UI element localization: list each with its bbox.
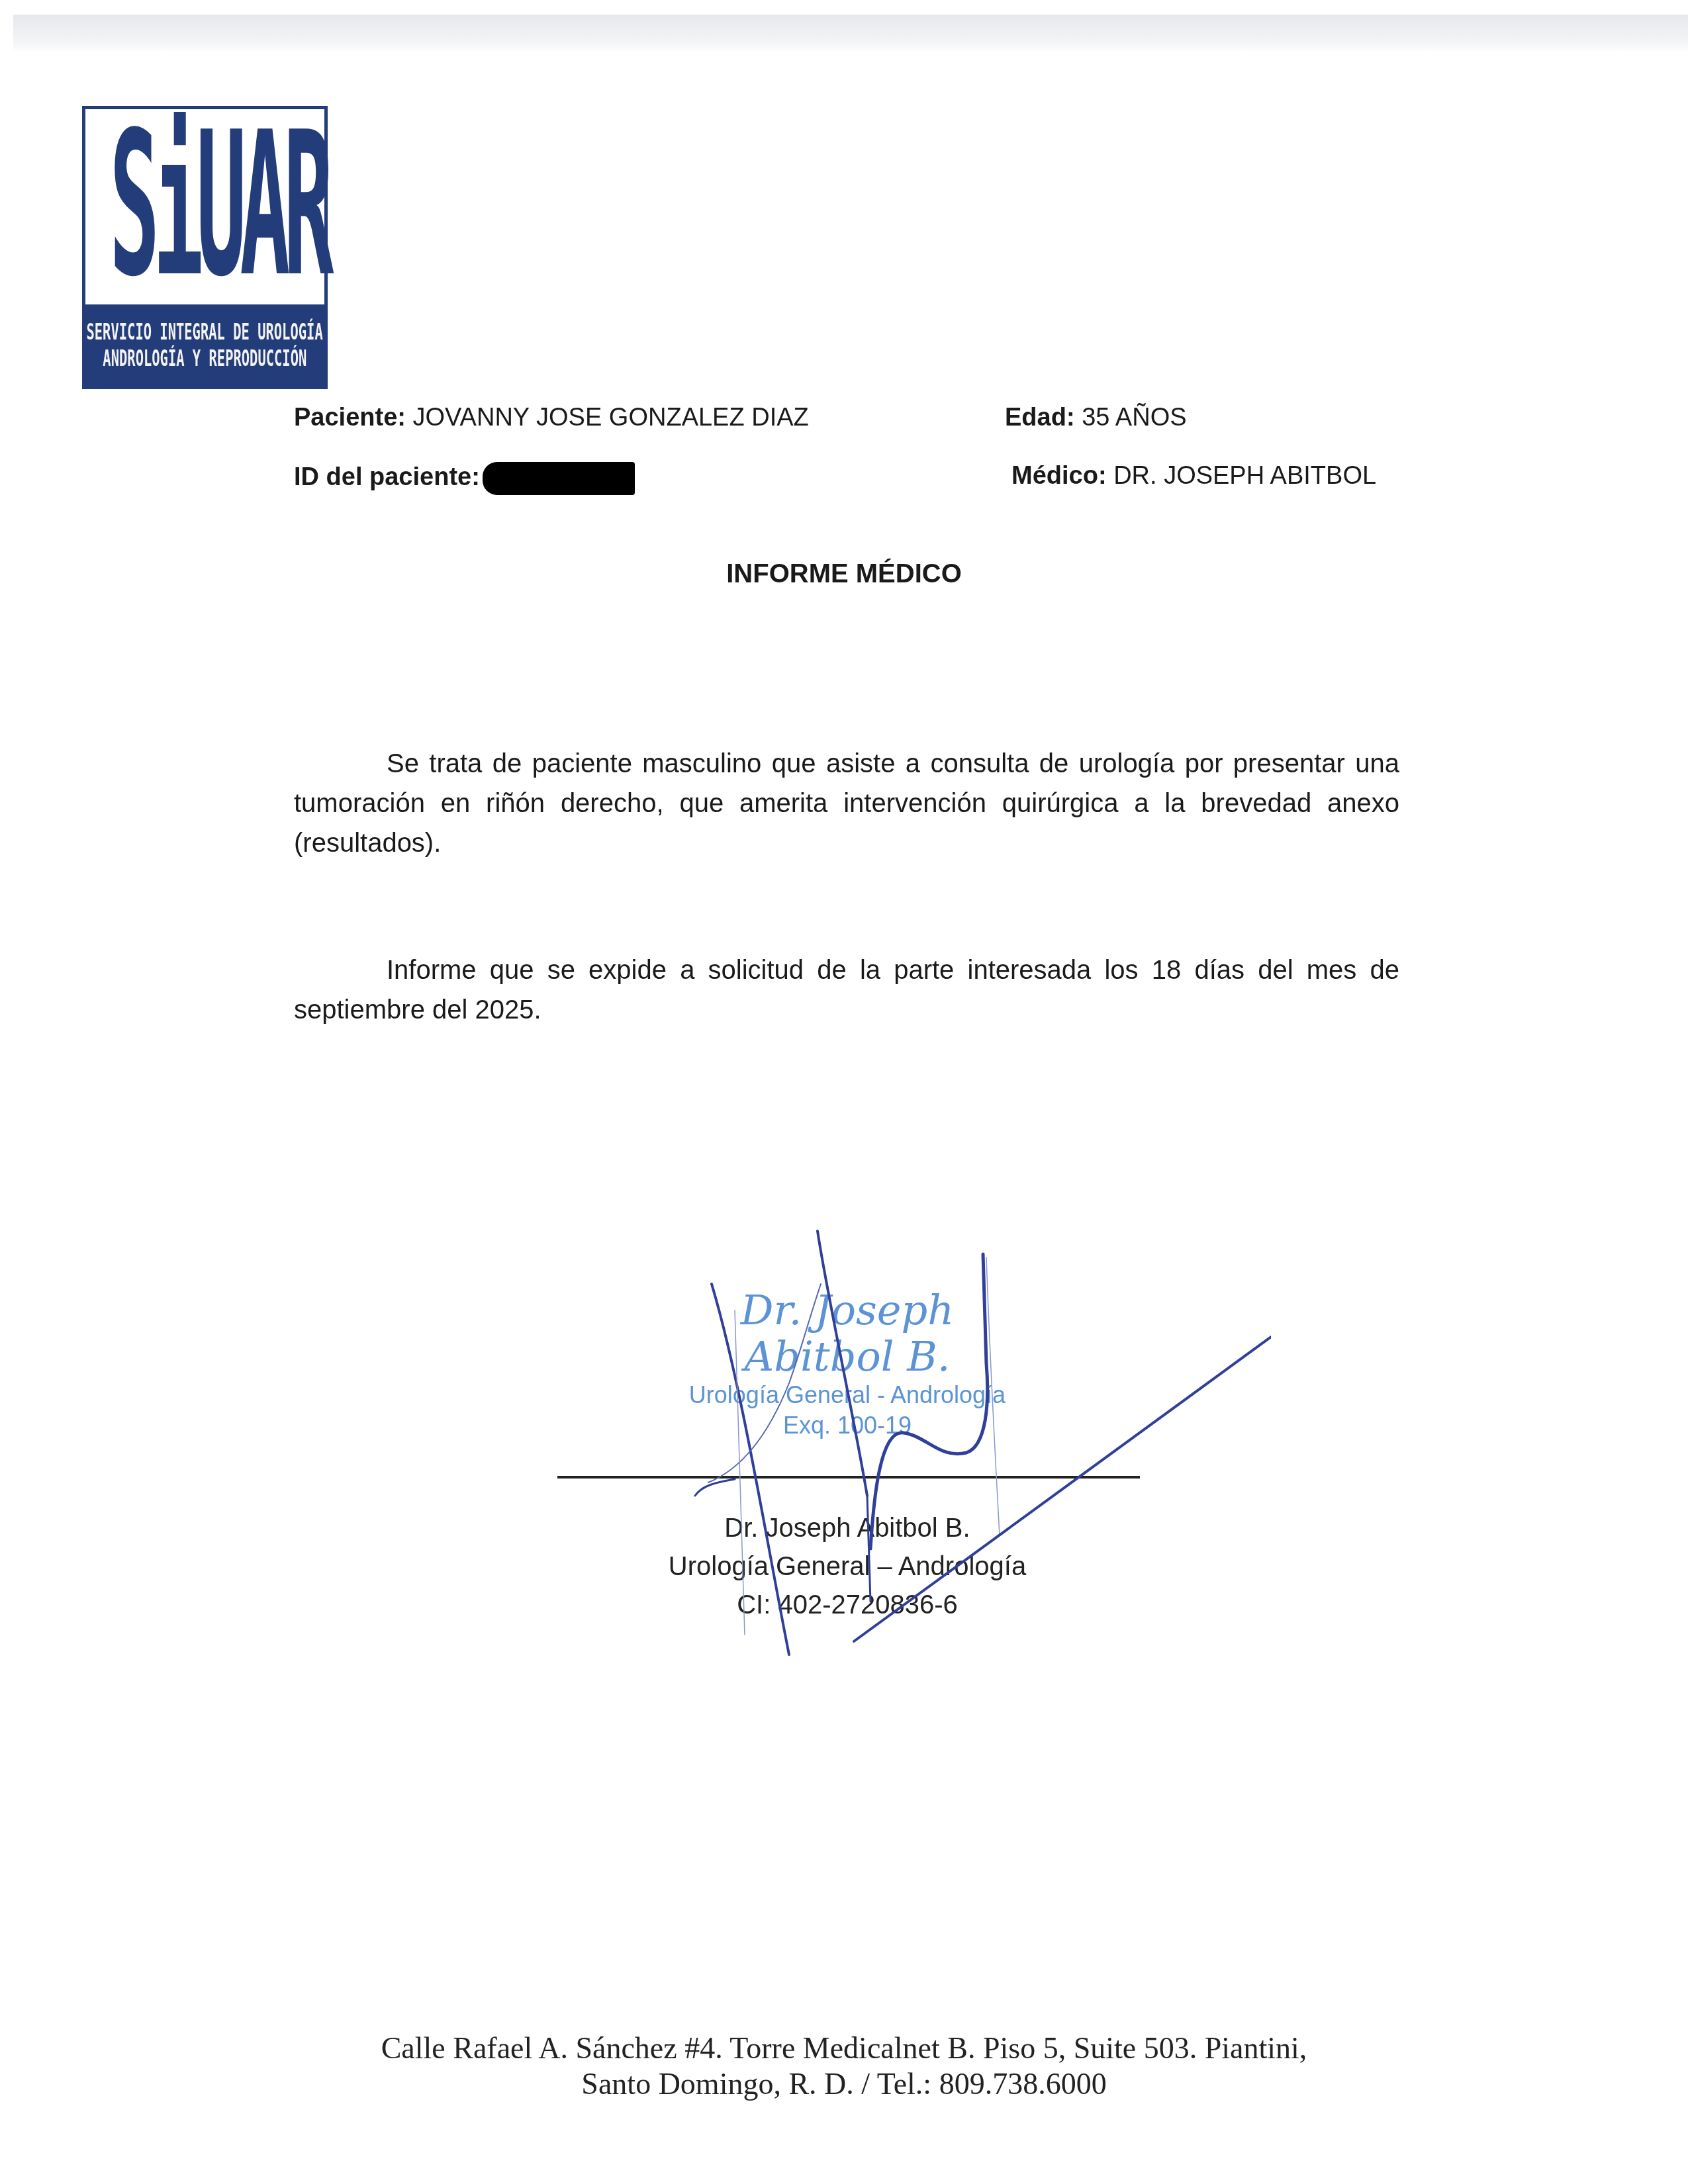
logo-wordmark: S i U A R (85, 116, 324, 308)
age-label: Edad: (1005, 404, 1075, 432)
paragraph-2-text: Informe que se expide a solicitud de la … (294, 956, 1399, 1024)
age-field: Edad: 35 AÑOS (1005, 404, 1187, 432)
redaction-mark (483, 462, 635, 495)
logo-letter: S (109, 116, 126, 308)
body-paragraph-2: Informe que se expide a solicitud de la … (294, 950, 1399, 1030)
logo-tagline-line1: SERVICIO INTEGRAL DE UROLOGÍA (87, 319, 323, 345)
scan-edge-band (13, 15, 1688, 53)
footer-address-line1: Calle Rafael A. Sánchez #4. Torre Medica… (0, 2030, 1688, 2066)
logo-letter: i (153, 116, 169, 308)
logo-letter: U (197, 116, 213, 308)
logo-tagline-band: SERVICIO INTEGRAL DE UROLOGÍA ANDROLOGÍA… (85, 304, 324, 386)
logo-letter: A (240, 116, 257, 308)
patient-label: Paciente: (294, 404, 406, 432)
doctor-label: Médico: (1011, 462, 1107, 490)
signature-area: Dr. Joseph Abitbol B. Urología General -… (543, 1218, 1271, 1681)
siuar-logo: S i U A R SERVICIO INTEGRAL DE UROLOGÍA … (82, 106, 328, 389)
doctor-field: Médico: DR. JOSEPH ABITBOL (1011, 462, 1376, 490)
logo-letter: R (283, 116, 300, 308)
logo-tagline-line2: ANDROLOGÍA Y REPRODUCCIÓN (103, 345, 307, 372)
body-paragraph-1: Se trata de paciente masculino que asist… (294, 744, 1399, 863)
paragraph-1-text: Se trata de paciente masculino que asist… (294, 749, 1399, 858)
patient-name-field: Paciente: JOVANNY JOSE GONZALEZ DIAZ (294, 404, 809, 432)
doctor-value: DR. JOSEPH ABITBOL (1113, 462, 1376, 490)
age-value: 35 AÑOS (1082, 404, 1186, 432)
patient-value: JOVANNY JOSE GONZALEZ DIAZ (413, 404, 809, 432)
address-footer: Calle Rafael A. Sánchez #4. Torre Medica… (0, 2030, 1688, 2102)
patient-id-label: ID del paciente: (294, 463, 480, 491)
handwritten-signature-icon (543, 1218, 1271, 1681)
document-title: INFORME MÉDICO (0, 559, 1688, 589)
footer-address-line2: Santo Domingo, R. D. / Tel.: 809.738.600… (0, 2066, 1688, 2102)
patient-id-field: ID del paciente: (294, 462, 635, 495)
